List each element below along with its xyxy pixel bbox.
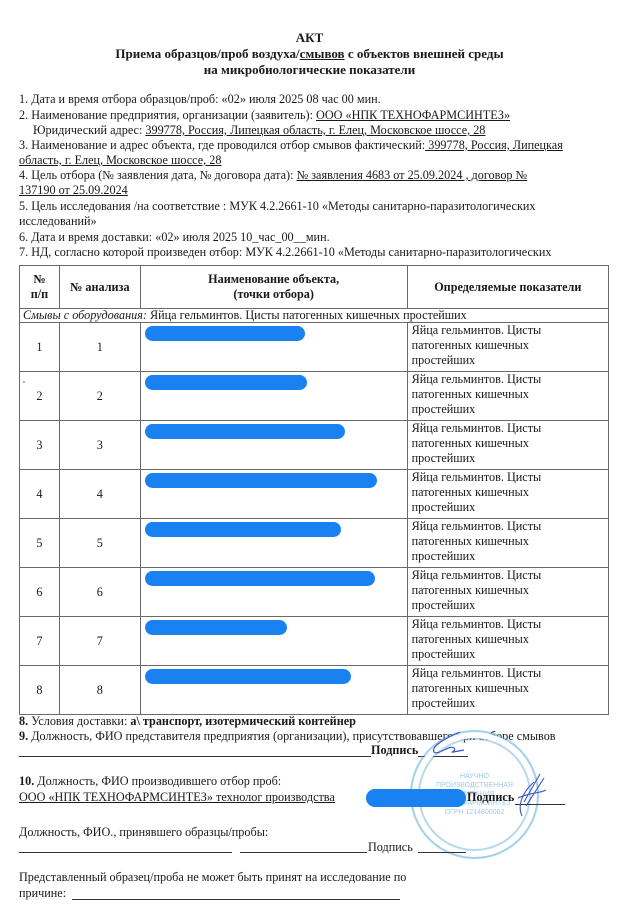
field-5-line2: исследований» [19,214,97,229]
field-4-value-line2: 137190 от 25.09.2024 [19,183,128,198]
rejection-reason-label: причине: [19,886,66,901]
receiver-name-line[interactable] [19,852,232,853]
table-row: 22Яйца гельминтов. Цистыпатогенных кишеч… [20,372,609,421]
indicators-line3: простейших [412,402,604,417]
field-5-research-purpose: 5. Цель исследования /на соответствие : … [19,199,535,214]
field-9-num: 9. [19,729,28,743]
field-3-value-line2: область, г. Елец, Московское шоссе, 28 [19,153,221,168]
field-6-delivery-date: 6. Дата и время доставки: «02» июля 2025… [19,230,330,245]
col-header-object: Наименование объекта,(точки отбора) [140,266,407,309]
col-header-index-l2: п/п [31,287,48,301]
field-3-object-address: 3. Наименование и адрес объекта, где про… [19,138,563,153]
row-index: 6 [20,568,60,617]
row-analysis-number: 5 [59,519,140,568]
signature-scribble-9 [420,728,470,758]
row-indicators: Яйца гельминтов. Цистыпатогенных кишечны… [407,372,608,421]
col-header-object-l1: Наименование объекта, [208,272,339,286]
row-object [140,421,407,470]
table-row: 33Яйца гельминтов. Цистыпатогенных кишеч… [20,421,609,470]
indicators-line1: Яйца гельминтов. Цисты [412,323,604,338]
redacted-object-name [145,375,307,390]
row-object [140,519,407,568]
field-8-num: 8. [19,714,28,728]
row-indicators: Яйца гельминтов. Цистыпатогенных кишечны… [407,323,608,372]
rejection-label: Представленный образец/проба не может бы… [19,870,406,885]
indicators-line1: Яйца гельминтов. Цисты [412,519,604,534]
table-row: 55Яйца гельминтов. Цистыпатогенных кишеч… [20,519,609,568]
table-row: 44Яйца гельминтов. Цистыпатогенных кишеч… [20,470,609,519]
redacted-object-name [145,669,351,684]
row-object [140,372,407,421]
redacted-sampler-name [366,789,466,807]
indicators-line3: простейших [412,598,604,613]
row-object [140,617,407,666]
table-row: 11Яйца гельминтов. Цистыпатогенных кишеч… [20,323,609,372]
row-analysis-number: 4 [59,470,140,519]
field-4-purpose: 4. Цель отбора (№ заявления дата, № дого… [19,168,527,183]
redacted-object-name [145,326,305,341]
receiver-position-line[interactable] [240,852,367,853]
row-analysis-number: 7 [59,617,140,666]
indicators-line1: Яйца гельминтов. Цисты [412,568,604,583]
section-rest: Яйца гельминтов. Цисты патогенных кишечн… [147,308,467,322]
indicators-line2: патогенных кишечных [412,583,604,598]
signature-line-receiver[interactable] [418,852,466,853]
field-2-legal-address: Юридический адрес: 399778, Россия, Липец… [33,123,485,138]
document-subtitle: Приема образцов/проб воздуха/смывов с об… [0,46,619,61]
field-2-organization: 2. Наименование предприятия, организации… [19,108,510,123]
redacted-object-name [145,424,345,439]
redacted-object-name [145,522,341,537]
field-10-label: Должность, ФИО производившего отбор проб… [34,774,281,788]
indicators-line2: патогенных кишечных [412,632,604,647]
row-indicators: Яйца гельминтов. Цистыпатогенных кишечны… [407,666,608,715]
indicators-line3: простейших [412,451,604,466]
row-analysis-number: 1 [59,323,140,372]
row-indicators: Яйца гельминтов. Цистыпатогенных кишечны… [407,470,608,519]
row-object [140,470,407,519]
col-header-indicators: Определяемые показатели [407,266,608,309]
indicators-line1: Яйца гельминтов. Цисты [412,666,604,681]
row-index: 8 [20,666,60,715]
field-10-value: ООО «НПК ТЕХНОФАРМСИНТЕЗ» технолог произ… [19,790,335,805]
subtitle-part2: с объектов внешней среды [345,46,504,61]
table-row: 88Яйца гельминтов. Цистыпатогенных кишеч… [20,666,609,715]
indicators-line2: патогенных кишечных [412,534,604,549]
field-7-normative-doc: 7. НД, согласно которой произведен отбор… [19,245,551,260]
row-index: 2 [20,372,60,421]
field-8-label: Условия доставки: [28,714,130,728]
indicators-line3: простейших [412,549,604,564]
representative-name-line[interactable] [19,756,371,757]
row-index: 3 [20,421,60,470]
redacted-object-name [145,473,377,488]
legal-address-label: Юридический адрес: [33,123,145,137]
row-indicators: Яйца гельминтов. Цистыпатогенных кишечны… [407,617,608,666]
legal-address-value: 399778, Россия, Липецкая область, г. Еле… [145,123,485,137]
field-10-num: 10. [19,774,34,788]
indicators-line2: патогенных кишечных [412,681,604,696]
row-indicators: Яйца гельминтов. Цистыпатогенных кишечны… [407,519,608,568]
row-analysis-number: 2 [59,372,140,421]
field-2-value: ООО «НПК ТЕХНОФАРМСИНТЕЗ» [316,108,510,122]
field-8-value: а\ транспорт, изотермический контейнер [130,714,356,728]
indicators-line1: Яйца гельминтов. Цисты [412,470,604,485]
indicators-line2: патогенных кишечных [412,338,604,353]
indicators-line1: Яйца гельминтов. Цисты [412,421,604,436]
scan-speck [23,381,25,383]
table-header-row: №п/п № анализа Наименование объекта,(точ… [20,266,609,309]
indicators-line2: патогенных кишечных [412,387,604,402]
row-analysis-number: 8 [59,666,140,715]
table-row: 77Яйца гельминтов. Цистыпатогенных кишеч… [20,617,609,666]
row-analysis-number: 3 [59,421,140,470]
field-4-label: 4. Цель отбора (№ заявления дата, № дого… [19,168,297,182]
field-4-value: № заявления 4683 от 25.09.2024 , договор… [297,168,528,182]
col-header-index: №п/п [20,266,60,309]
row-object [140,666,407,715]
row-index: 1 [20,323,60,372]
field-8-delivery-conditions: 8. Условия доставки: а\ транспорт, изоте… [19,714,356,729]
field-3-label: 3. Наименование и адрес объекта, где про… [19,138,425,152]
col-header-analysis: № анализа [59,266,140,309]
table-row: 66Яйца гельминтов. Цистыпатогенных кишеч… [20,568,609,617]
field-3-value: 399778, Россия, Липецкая [425,138,563,152]
indicators-line3: простейших [412,696,604,711]
row-object [140,568,407,617]
row-indicators: Яйца гельминтов. Цистыпатогенных кишечны… [407,421,608,470]
row-object [140,323,407,372]
samples-table: №п/п № анализа Наименование объекта,(точ… [19,265,609,715]
subtitle-underlined: смывов [300,46,345,61]
field-10-sampler: 10. Должность, ФИО производившего отбор … [19,774,281,789]
receiver-label: Должность, ФИО., принявшего образцы/проб… [19,825,268,840]
document-subtitle-line2: на микробиологические показатели [0,62,619,77]
section-italic: Смывы с оборудования: [23,308,147,322]
signature-label-10: Подпись [467,790,514,805]
indicators-line3: простейших [412,500,604,515]
col-header-object-l2: (точки отбора) [233,287,314,301]
field-1-sampling-date: 1. Дата и время отбора образцов/проб: «0… [19,92,381,107]
indicators-line1: Яйца гельминтов. Цисты [412,617,604,632]
row-index: 5 [20,519,60,568]
row-index: 7 [20,617,60,666]
subtitle-part1: Приема образцов/проб воздуха/ [115,46,299,61]
signature-label-9: Подпись [371,743,418,758]
redacted-object-name [145,571,375,586]
signature-label-receiver: Подпись [368,840,413,855]
field-2-label: 2. Наименование предприятия, организации… [19,108,316,122]
section-label: Смывы с оборудования: Яйца гельминтов. Ц… [20,309,609,323]
indicators-line3: простейших [412,353,604,368]
row-index: 4 [20,470,60,519]
table-section-row: Смывы с оборудования: Яйца гельминтов. Ц… [20,309,609,323]
indicators-line3: простейших [412,647,604,662]
indicators-line2: патогенных кишечных [412,436,604,451]
col-header-index-l1: № [33,272,45,286]
indicators-line2: патогенных кишечных [412,485,604,500]
row-analysis-number: 6 [59,568,140,617]
document-title: АКТ [0,30,619,45]
indicators-line1: Яйца гельминтов. Цисты [412,372,604,387]
redacted-object-name [145,620,287,635]
signature-scribble-10 [510,772,550,820]
row-indicators: Яйца гельминтов. Цистыпатогенных кишечны… [407,568,608,617]
rejection-reason-line[interactable] [72,899,400,900]
